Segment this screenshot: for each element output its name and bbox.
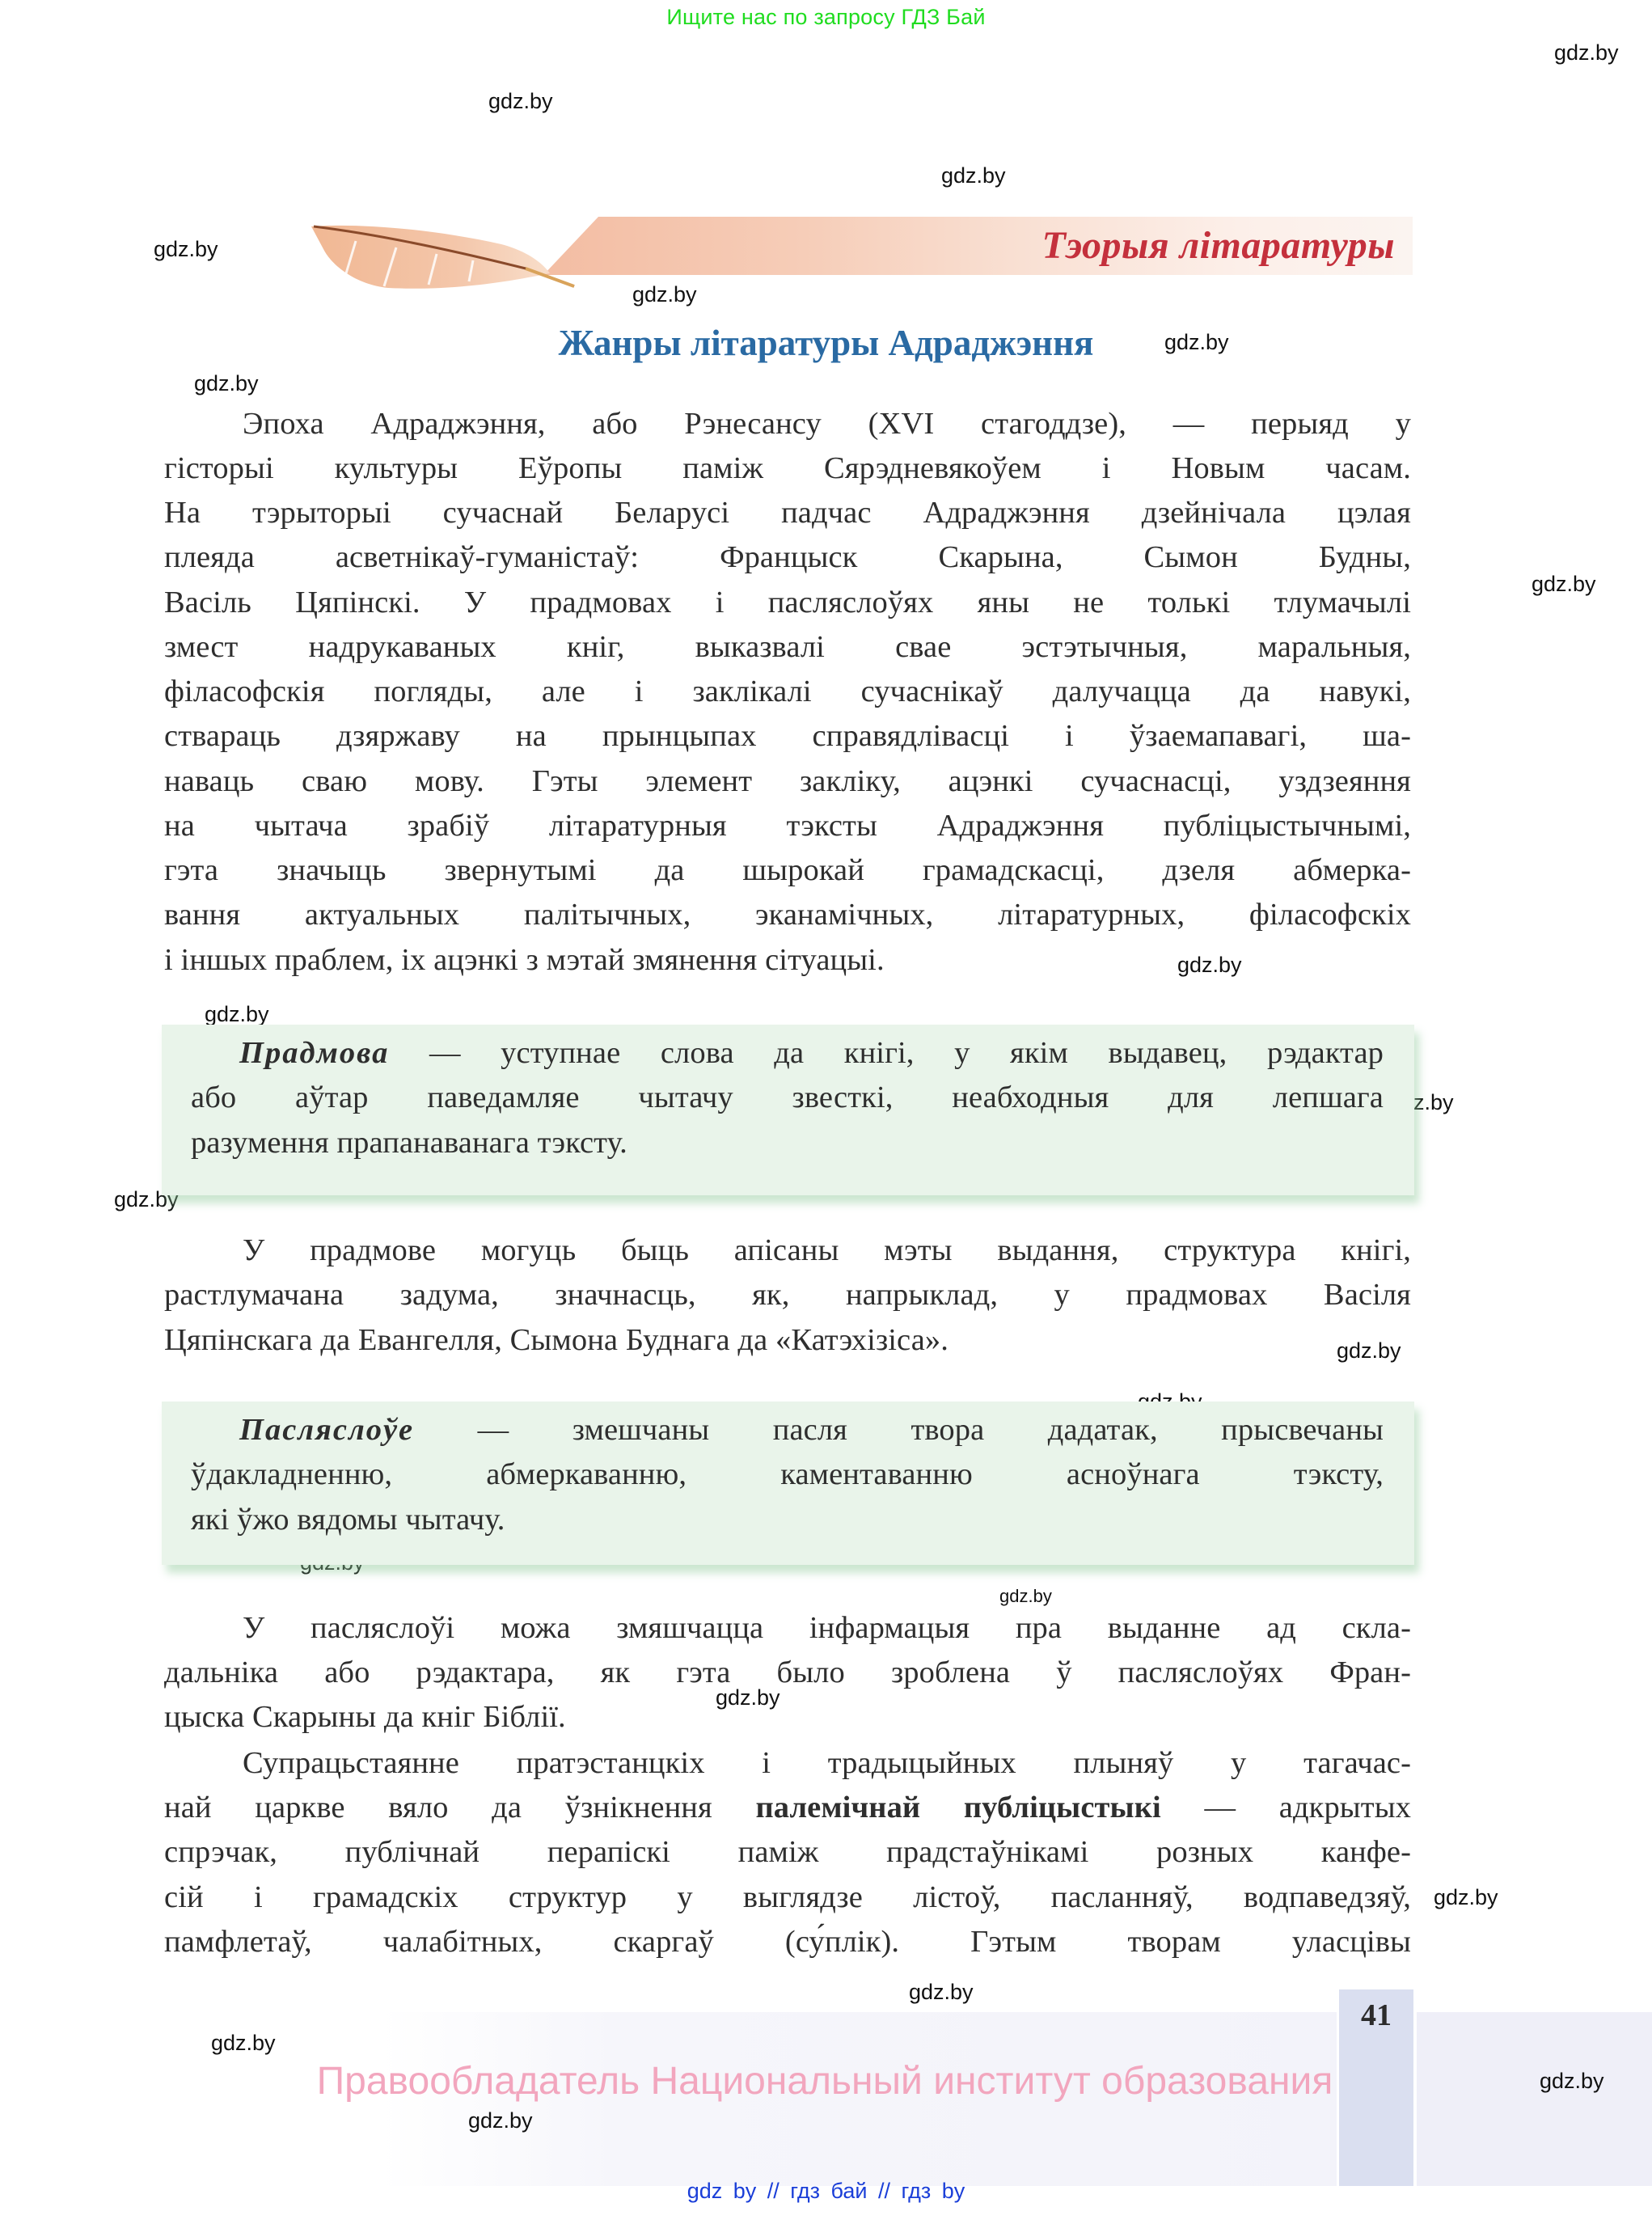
text-line: сій і грамадскіх структур у выглядзе ліс…: [164, 1882, 1411, 1913]
text-line: плеяда асветнікаў-гуманістаў: Францыск С…: [164, 542, 1411, 573]
text-line: най царкве вяло да ўзнікнення палемічнай…: [164, 1792, 1411, 1824]
text-line: растлумачана задума, значнасць, як, напр…: [164, 1279, 1411, 1311]
text-line: дальніка або рэдактара, як гэта было зро…: [164, 1657, 1411, 1689]
page-number: 41: [1339, 1998, 1413, 2033]
definition-line: Прадмова — уступнае слова да кнігі, у як…: [239, 1038, 1384, 1069]
text-line: вання актуальных палітычных, эканамічных…: [164, 899, 1411, 931]
watermark: gdz.by: [154, 239, 218, 260]
definition-box-afterword: Пасляслоўе — змешчаны пасля твора дадата…: [162, 1402, 1414, 1565]
section-banner: Тэорыя літаратуры: [543, 217, 1413, 275]
section-banner-title: Тэорыя літаратуры: [1041, 223, 1395, 268]
watermark: gdz.by: [205, 1004, 269, 1025]
text-line: філасофскія погляды, але і заклікалі суч…: [164, 676, 1411, 708]
text-line: гісторыі культуры Еўропы паміж Сярэдневя…: [164, 453, 1411, 484]
footer-band-right: [1417, 2012, 1652, 2186]
text-line: У пасляслоўі можа змяшчацца інфармацыя п…: [243, 1613, 1411, 1644]
text-line: на чытача зрабіў літаратурныя тэксты Адр…: [164, 810, 1411, 842]
watermark: gdz.by: [488, 91, 553, 112]
text-line: Эпоха Адраджэння, або Рэнесансу (XVI ста…: [243, 408, 1411, 440]
watermark: gdz.by: [194, 373, 259, 395]
bold-term: палемічнай публіцыстыкі: [756, 1791, 1161, 1824]
watermark: gdz.by: [999, 1588, 1052, 1605]
copyright-notice: Правообладатель Национальный институт об…: [291, 2059, 1358, 2103]
text-line: спрэчак, публічнай перапіскі паміж прадс…: [164, 1837, 1411, 1868]
text-line: ствараць дзяржаву на прынцыпах справядлі…: [164, 721, 1411, 752]
top-ad-banner[interactable]: Ищите нас по запросу ГДЗ Бай: [0, 5, 1652, 30]
definition-term: Пасляслоўе: [239, 1413, 414, 1447]
text-line: гэта значыць звернутымі да шырокай грама…: [164, 855, 1411, 886]
definition-box-foreword: Прадмова — уступнае слова да кнігі, у як…: [162, 1025, 1414, 1195]
text-line: Васіль Цяпінскі. У прадмовах і пасляслоў…: [164, 587, 1411, 619]
definition-line: або аўтар паведамляе чытачу звесткі, неа…: [191, 1082, 1384, 1114]
watermark: gdz.by: [941, 165, 1006, 187]
watermark: gdz.by: [1434, 1887, 1498, 1909]
definition-line: ўдакладненню, абмеркаванню, каментаванню…: [191, 1459, 1384, 1490]
page-heading: Жанры літаратуры Адраджэння: [0, 322, 1652, 364]
watermark: gdz.by: [1532, 573, 1596, 595]
text-line: Супрацьстаянне пратэстанцкіх і традыцыйн…: [243, 1748, 1411, 1779]
text-line: і іншых праблем, іх ацэнкі з мэтай змяне…: [164, 945, 1411, 976]
watermark: gdz.by: [211, 2032, 276, 2054]
definition-line: Пасляслоўе — змешчаны пасля твора дадата…: [239, 1414, 1384, 1446]
definition-line: які ўжо вядомы чытачу.: [191, 1504, 1384, 1536]
bottom-ad-links[interactable]: gdz by // гдз бай // гдз by: [0, 2179, 1652, 2204]
feather-quill-icon: [307, 217, 615, 298]
text-line: памфлетаў, чалабітных, скаргаў (су́плік)…: [164, 1926, 1411, 1958]
watermark: gdz.by: [632, 284, 697, 306]
text-line: На тэрыторыі сучаснай Беларусі падчас Ад…: [164, 497, 1411, 529]
text-line: змест надрукаваных кніг, выказвалі свае …: [164, 632, 1411, 663]
text-line: цыска Скарыны да кніг Біблії.: [164, 1702, 1411, 1733]
watermark: gdz.by: [1540, 2070, 1604, 2092]
text-line: У прадмове могуць быць апісаны мэты выда…: [243, 1235, 1411, 1266]
watermark: gdz.by: [468, 2110, 533, 2132]
definition-line: разумення прапанаванага тэксту.: [191, 1127, 1384, 1159]
watermark: gdz.by: [1554, 42, 1619, 64]
text-line: Цяпінскага да Евангелля, Сымона Буднага …: [164, 1325, 1411, 1356]
watermark: gdz.by: [909, 1981, 974, 2003]
definition-term: Прадмова: [239, 1036, 389, 1070]
text-line: наваць сваю мову. Гэты элемент заклiку, …: [164, 766, 1411, 797]
